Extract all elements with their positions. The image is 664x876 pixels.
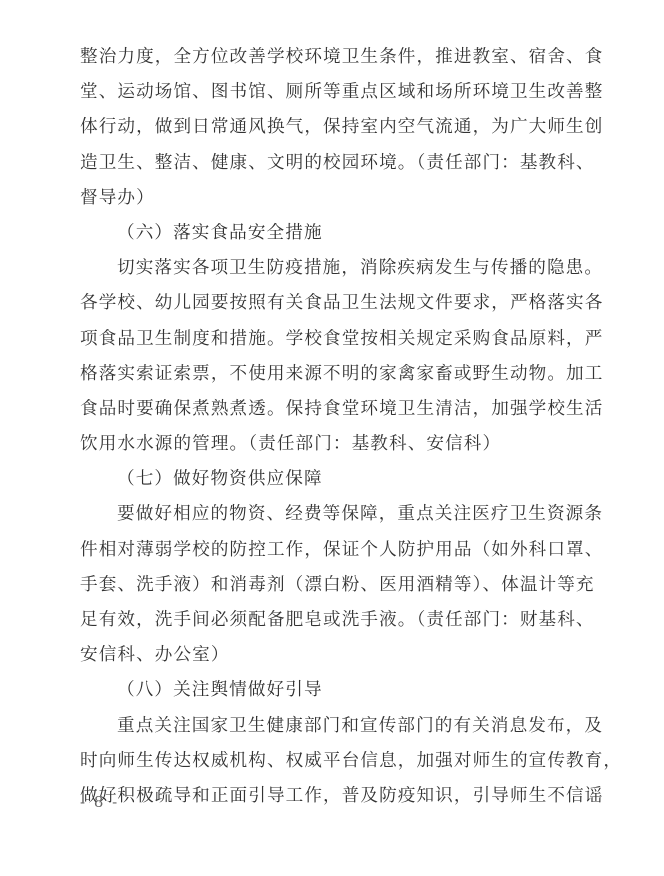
text-line: 切实落实各项卫生防疫措施，消除疾病发生与传播的隐患。 — [80, 251, 588, 286]
text-line: 造卫生、整洁、健康、文明的校园环境。（责任部门：基教科、 — [80, 146, 588, 181]
section-heading-food-safety: （六）落实食品安全措施 — [80, 216, 588, 251]
text-line: 体行动，做到日常通风换气，保持室内空气流通，为广大师生创 — [80, 110, 588, 145]
paragraph-supplies: 要做好相应的物资、经费等保障，重点关注医疗卫生资源条 件相对薄弱学校的防控工作，… — [80, 497, 588, 673]
text-line: 整治力度，全方位改善学校环境卫生条件，推进教室、宿舍、食 — [80, 40, 588, 75]
text-line: 做好积极疏导和正面引导工作，普及防疫知识，引导师生不信谣 — [80, 779, 588, 814]
text-line: 格落实索证索票，不使用来源不明的家禽家畜或野生动物。加工 — [80, 357, 588, 392]
text-line: 饮用水水源的管理。（责任部门：基教科、安信科） — [80, 427, 588, 462]
paragraph-food-safety: 切实落实各项卫生防疫措施，消除疾病发生与传播的隐患。 各学校、幼儿园要按照有关食… — [80, 251, 588, 462]
text-line: 时向师生传达权威机构、权威平台信息，加强对师生的宣传教育， — [80, 744, 588, 779]
text-line: 手套、洗手液）和消毒剂（漂白粉、医用酒精等）、体温计等充 — [80, 568, 588, 603]
text-line: 食品时要确保煮熟煮透。保持食堂环境卫生清洁，加强学校生活 — [80, 392, 588, 427]
text-line: 安信科、办公室） — [80, 638, 588, 673]
section-heading-public-opinion: （八）关注舆情做好引导 — [80, 673, 588, 708]
paragraph-environment-sanitation: 整治力度，全方位改善学校环境卫生条件，推进教室、宿舍、食 堂、运动场馆、图书馆、… — [80, 40, 588, 216]
text-line: 件相对薄弱学校的防控工作，保证个人防护用品（如外科口罩、 — [80, 533, 588, 568]
text-line: 堂、运动场馆、图书馆、厕所等重点区域和场所环境卫生改善整 — [80, 75, 588, 110]
page-number: - 8 - — [80, 793, 119, 811]
text-line: 要做好相应的物资、经费等保障，重点关注医疗卫生资源条 — [80, 497, 588, 532]
text-line: 重点关注国家卫生健康部门和宣传部门的有关消息发布，及 — [80, 709, 588, 744]
paragraph-public-opinion: 重点关注国家卫生健康部门和宣传部门的有关消息发布，及 时向师生传达权威机构、权威… — [80, 709, 588, 815]
document-page: 整治力度，全方位改善学校环境卫生条件，推进教室、宿舍、食 堂、运动场馆、图书馆、… — [80, 40, 588, 814]
text-line: 项食品卫生制度和措施。学校食堂按相关规定采购食品原料，严 — [80, 322, 588, 357]
text-line: 各学校、幼儿园要按照有关食品卫生法规文件要求，严格落实各 — [80, 286, 588, 321]
text-line: 督导办） — [80, 181, 588, 216]
text-line: 足有效，洗手间必须配备肥皂或洗手液。（责任部门：财基科、 — [80, 603, 588, 638]
section-heading-supplies: （七）做好物资供应保障 — [80, 462, 588, 497]
